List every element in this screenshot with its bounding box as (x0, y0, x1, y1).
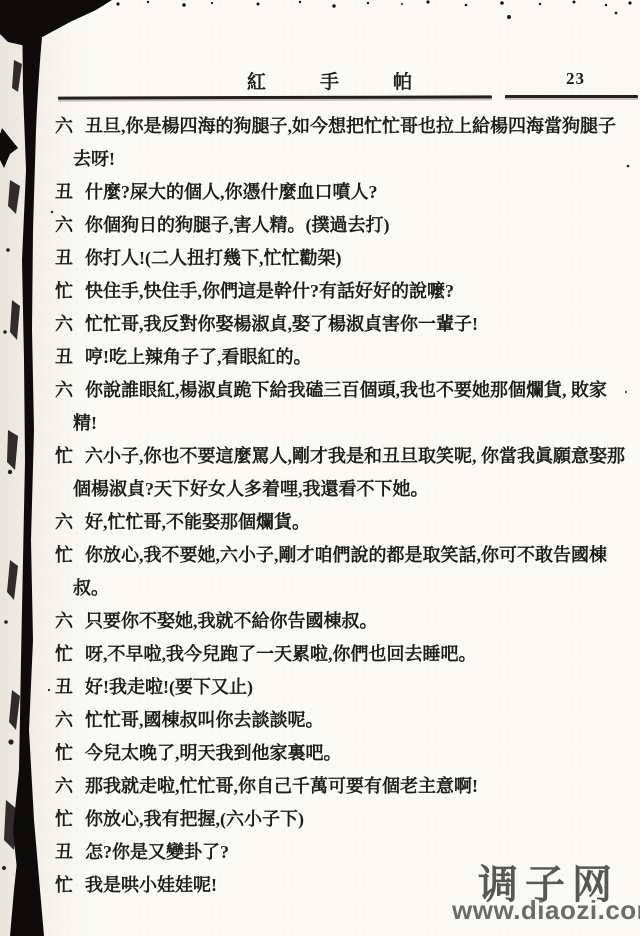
speaker-label: 丑 (55, 341, 73, 374)
dialogue-text: 哼!吃上辣角子了,看眼紅的。 (85, 347, 312, 367)
speaker-label: 丑 (55, 671, 73, 704)
page-header-title: 紅手帕 (247, 67, 466, 94)
dialogue-text: 好,忙忙哥,不能娶那個爛貨。 (85, 512, 310, 532)
header-rule-left (58, 95, 492, 99)
dialogue-line: 六好,忙忙哥,不能娶那個爛貨。 (73, 506, 628, 539)
speaker-label: 六 (55, 110, 73, 143)
dialogue-text: 丑旦,你是楊四海的狗腿子,如今想把忙忙哥也拉上給楊四海當狗腿子去呀! (73, 116, 616, 169)
speaker-label: 丑 (55, 242, 73, 275)
dialogue-line: 忙六小子,你也不要這麼罵人,剛才我是和丑旦取笑呢, 你當我眞願意娶那個楊淑貞?天… (73, 440, 628, 506)
speaker-label: 六 (55, 209, 73, 242)
dialogue-text: 今兒太晚了,明天我到他家裏吧。 (85, 743, 342, 763)
dialogue-text: 你打人!(二人扭打幾下,忙忙勸架) (85, 248, 341, 268)
scanned-book-page: 紅手帕 23 六丑旦,你是楊四海的狗腿子,如今想把忙忙哥也拉上給楊四海當狗腿子去… (0, 0, 640, 936)
corner-blob (0, 0, 112, 46)
dialogue-line: 六你個狗日的狗腿子,害人精。(撲過去打) (73, 209, 628, 242)
dialogue-line: 忙快住手,快住手,你們這是幹什?有話好好的說嚒? (73, 275, 628, 308)
dialogue-text: 快住手,快住手,你們這是幹什?有話好好的說嚒? (85, 281, 454, 301)
speaker-label: 六 (55, 605, 73, 638)
speaker-label: 丑 (55, 176, 73, 209)
dialogue-line: 忙你放心,我不要她,六小子,剛才咱們說的都是取笑話,你可不敢告國棟叔。 (73, 539, 628, 605)
speaker-label: 忙 (55, 803, 73, 836)
speaker-label: 忙 (55, 275, 73, 308)
speaker-label: 六 (55, 506, 73, 539)
dialogue-list: 六丑旦,你是楊四海的狗腿子,如今想把忙忙哥也拉上給楊四海當狗腿子去呀! 丑什麼?… (0, 110, 640, 902)
dialogue-line: 丑哼!吃上辣角子了,看眼紅的。 (73, 341, 628, 374)
watermark-site-url: www.diaozi.com (452, 895, 640, 926)
speaker-label: 六 (55, 374, 73, 407)
speaker-label: 忙 (55, 638, 73, 671)
dialogue-text: 什麼?屎大的個人,你憑什麼血口噴人? (85, 182, 378, 202)
dialogue-text: 只要你不娶她,我就不給你告國棟叔。 (85, 611, 378, 631)
dialogue-line: 忙呀,不早啦,我今兒跑了一天累啦,你們也回去睡吧。 (73, 638, 628, 671)
speaker-label: 六 (55, 704, 73, 737)
speaker-label: 六 (55, 308, 73, 341)
speaker-label: 六 (55, 770, 73, 803)
dialogue-line: 丑你打人!(二人扭打幾下,忙忙勸架) (73, 242, 628, 275)
dialogue-line: 忙你放心,我有把握,(六小子下) (73, 803, 628, 836)
speaker-label: 忙 (55, 440, 73, 473)
header-rule-right (505, 95, 638, 98)
dialogue-text: 那我就走啦,忙忙哥,你自己千萬可要有個老主意啊! (85, 776, 478, 796)
speaker-label: 忙 (55, 869, 73, 902)
dialogue-line: 忙今兒太晚了,明天我到他家裏吧。 (73, 737, 628, 770)
dialogue-line: 六忙忙哥,國棟叔叫你去談談呢。 (73, 704, 628, 737)
dialogue-line: 六丑旦,你是楊四海的狗腿子,如今想把忙忙哥也拉上給楊四海當狗腿子去呀! (73, 110, 628, 176)
page-number: 23 (566, 69, 585, 89)
dialogue-text: 六小子,你也不要這麼罵人,剛才我是和丑旦取笑呢, 你當我眞願意娶那個楊淑貞?天下… (73, 446, 625, 499)
speaker-label: 忙 (55, 737, 73, 770)
dialogue-line: 六那我就走啦,忙忙哥,你自己千萬可要有個老主意啊! (73, 770, 628, 803)
dialogue-text: 你放心,我不要她,六小子,剛才咱們說的都是取笑話,你可不敢告國棟叔。 (73, 545, 607, 598)
speaker-label: 忙 (55, 539, 73, 572)
dialogue-text: 你說誰眼紅,楊淑貞跪下給我磕三百個頭,我也不要她那個爛貨, 敗家精! (73, 380, 607, 433)
dialogue-text: 忙忙哥,國棟叔叫你去談談呢。 (85, 710, 324, 730)
dialogue-line: 六只要你不娶她,我就不給你告國棟叔。 (73, 605, 628, 638)
dialogue-line: 六忙忙哥,我反對你娶楊淑貞,娶了楊淑貞害你一輩子! (73, 308, 628, 341)
speaker-label: 丑 (55, 836, 73, 869)
dialogue-text: 我是哄小娃娃呢! (85, 875, 217, 895)
dialogue-text: 你個狗日的狗腿子,害人精。(撲過去打) (85, 215, 390, 235)
dialogue-line: 六你說誰眼紅,楊淑貞跪下給我磕三百個頭,我也不要她那個爛貨, 敗家精! (73, 374, 628, 440)
dialogue-text: 好!我走啦!(要下又止) (85, 677, 253, 697)
dialogue-line: 丑好!我走啦!(要下又止) (73, 671, 628, 704)
dialogue-line: 丑什麼?屎大的個人,你憑什麼血口噴人? (73, 176, 628, 209)
dialogue-text: 怎?你是又變卦了? (85, 842, 229, 862)
dialogue-text: 你放心,我有把握,(六小子下) (85, 809, 304, 829)
dialogue-text: 忙忙哥,我反對你娶楊淑貞,娶了楊淑貞害你一輩子! (85, 314, 478, 334)
dialogue-text: 呀,不早啦,我今兒跑了一天累啦,你們也回去睡吧。 (85, 644, 477, 664)
